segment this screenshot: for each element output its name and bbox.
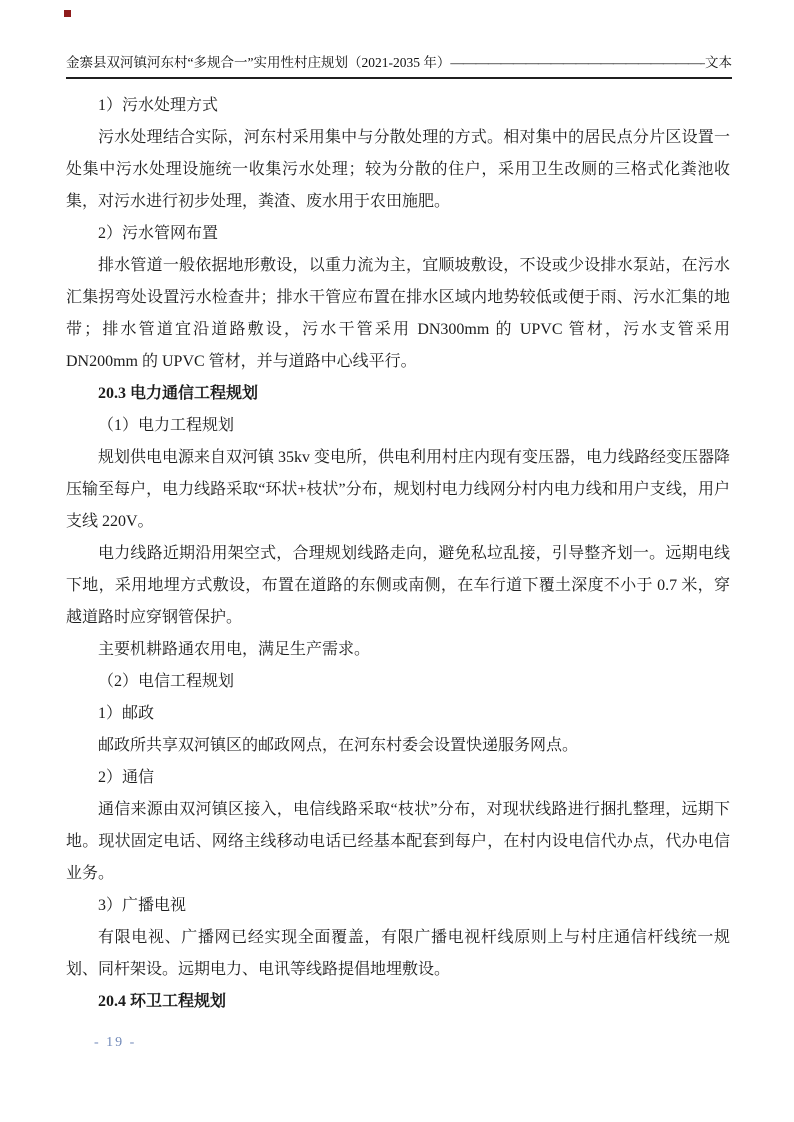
header-right-label: 文本 bbox=[705, 52, 732, 74]
page-header: 金寨县双河镇河东村“多规合一”实用性村庄规划（2021-2035 年） ————… bbox=[66, 52, 732, 79]
paragraph-communication: 通信来源由双河镇区接入，电信线路采取“枝状”分布，对现状线路进行捆扎整理，远期下… bbox=[66, 794, 730, 890]
header-rule-row: 金寨县双河镇河东村“多规合一”实用性村庄规划（2021-2035 年） ————… bbox=[66, 52, 732, 79]
document-page: 金寨县双河镇河东村“多规合一”实用性村庄规划（2021-2035 年） ————… bbox=[0, 0, 794, 1122]
subheading-telecom-planning: （2）电信工程规划 bbox=[66, 666, 730, 698]
paragraph-farm-power: 主要机耕路通农用电，满足生产需求。 bbox=[66, 634, 730, 666]
section-heading-20-4: 20.4 环卫工程规划 bbox=[66, 986, 730, 1018]
paragraph-broadcast-tv: 有限电视、广播网已经实现全面覆盖，有限广播电视杆线原则上与村庄通信杆线统一规划、… bbox=[66, 922, 730, 986]
subheading-communication: 2）通信 bbox=[66, 762, 730, 794]
document-body: 1）污水处理方式 污水处理结合实际，河东村采用集中与分散处理的方式。相对集中的居… bbox=[66, 90, 730, 1018]
paragraph-sewage-treatment: 污水处理结合实际，河东村采用集中与分散处理的方式。相对集中的居民点分片区设置一处… bbox=[66, 122, 730, 218]
subheading-sewage-treatment-mode: 1）污水处理方式 bbox=[66, 90, 730, 122]
paragraph-power-lines: 电力线路近期沿用架空式，合理规划线路走向，避免私垃乱接，引导整齐划一。远期电线下… bbox=[66, 538, 730, 634]
header-title: 金寨县双河镇河东村“多规合一”实用性村庄规划（2021-2035 年） bbox=[66, 52, 450, 74]
page-number: - 19 - bbox=[94, 1035, 136, 1050]
subheading-postal: 1）邮政 bbox=[66, 698, 730, 730]
subheading-power-planning: （1）电力工程规划 bbox=[66, 410, 730, 442]
paragraph-power-supply: 规划供电电源来自双河镇 35kv 变电所，供电利用村庄内现有变压器，电力线路经变… bbox=[66, 442, 730, 538]
paragraph-postal: 邮政所共享双河镇区的邮政网点，在河东村委会设置快递服务网点。 bbox=[66, 730, 730, 762]
page-footer: - 19 - bbox=[94, 1033, 136, 1053]
section-heading-20-3: 20.3 电力通信工程规划 bbox=[66, 378, 730, 410]
corner-mark bbox=[64, 10, 71, 17]
header-dash-leader: ———————————————————————————————————————— bbox=[450, 52, 705, 74]
subheading-broadcast-tv: 3）广播电视 bbox=[66, 890, 730, 922]
paragraph-sewage-pipe: 排水管道一般依据地形敷设，以重力流为主，宜顺坡敷设，不设或少设排水泵站，在污水汇… bbox=[66, 250, 730, 378]
subheading-sewage-pipe-layout: 2）污水管网布置 bbox=[66, 218, 730, 250]
